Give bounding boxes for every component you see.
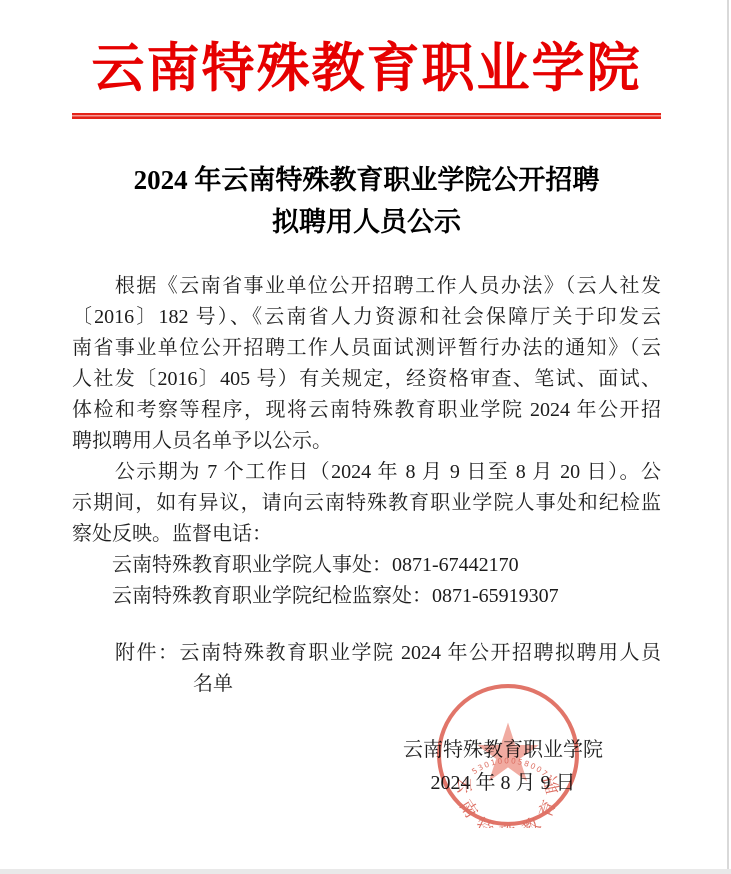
red-double-rule	[72, 113, 661, 119]
body-line: 〔2016〕182 号）、《云南省人力资源和社会保障厅关于印发云	[72, 302, 661, 333]
body-line: 南省事业单位公开招聘工作人员面试测评暂行办法的通知》（云	[72, 333, 661, 364]
page-right-edge	[727, 0, 729, 874]
body-line: 察处反映。监督电话：	[72, 519, 661, 550]
body-line: 体检和考察等程序，现将云南特殊教育职业学院 2024 年公开招	[72, 395, 661, 426]
attachment-note: 附件：云南特殊教育职业学院 2024 年公开招聘拟聘用人员 名单	[72, 638, 661, 700]
phone-line-discipline: 云南特殊教育职业学院纪检监察处：0871-65919307	[72, 581, 661, 612]
signature-org: 云南特殊教育职业学院	[388, 734, 618, 767]
body-line: 人社发〔2016〕405 号）有关规定，经资格审查、笔试、面试、	[72, 364, 661, 395]
body-line: 聘拟聘用人员名单予以公示。	[72, 426, 661, 457]
document-page: 云南特殊教育职业学院 2024 年云南特殊教育职业学院公开招聘 拟聘用人员公示 …	[0, 0, 731, 874]
document-content: 云南特殊教育职业学院 2024 年云南特殊教育职业学院公开招聘 拟聘用人员公示 …	[0, 0, 731, 800]
phone-line-hr: 云南特殊教育职业学院人事处：0871-67442170	[72, 550, 661, 581]
signature-date: 2024 年 8 月 9 日	[388, 767, 618, 800]
body-line: 根据《云南省事业单位公开招聘工作人员办法》（云人社发	[72, 271, 661, 302]
attachment-line1: 附件：云南特殊教育职业学院 2024 年公开招聘拟聘用人员	[72, 638, 661, 669]
attachment-line2: 名单	[193, 669, 661, 700]
body-line: 公示期为 7 个工作日（2024 年 8 月 9 日至 8 月 20 日）。公	[72, 457, 661, 488]
signature-block: 云南特殊教育职业学院 2024 年 8 月 9 日	[388, 734, 618, 800]
document-title-line2: 拟聘用人员公示	[72, 201, 661, 243]
document-title-line1: 2024 年云南特殊教育职业学院公开招聘	[72, 159, 661, 201]
page-bottom-edge	[0, 869, 731, 874]
masthead-title: 云南特殊教育职业学院	[72, 34, 661, 104]
body-line: 示期间，如有异议，请向云南特殊教育职业学院人事处和纪检监	[72, 488, 661, 519]
document-title: 2024 年云南特殊教育职业学院公开招聘 拟聘用人员公示	[72, 159, 661, 243]
body-text: 根据《云南省事业单位公开招聘工作人员办法》（云人社发 〔2016〕182 号）、…	[72, 271, 661, 700]
